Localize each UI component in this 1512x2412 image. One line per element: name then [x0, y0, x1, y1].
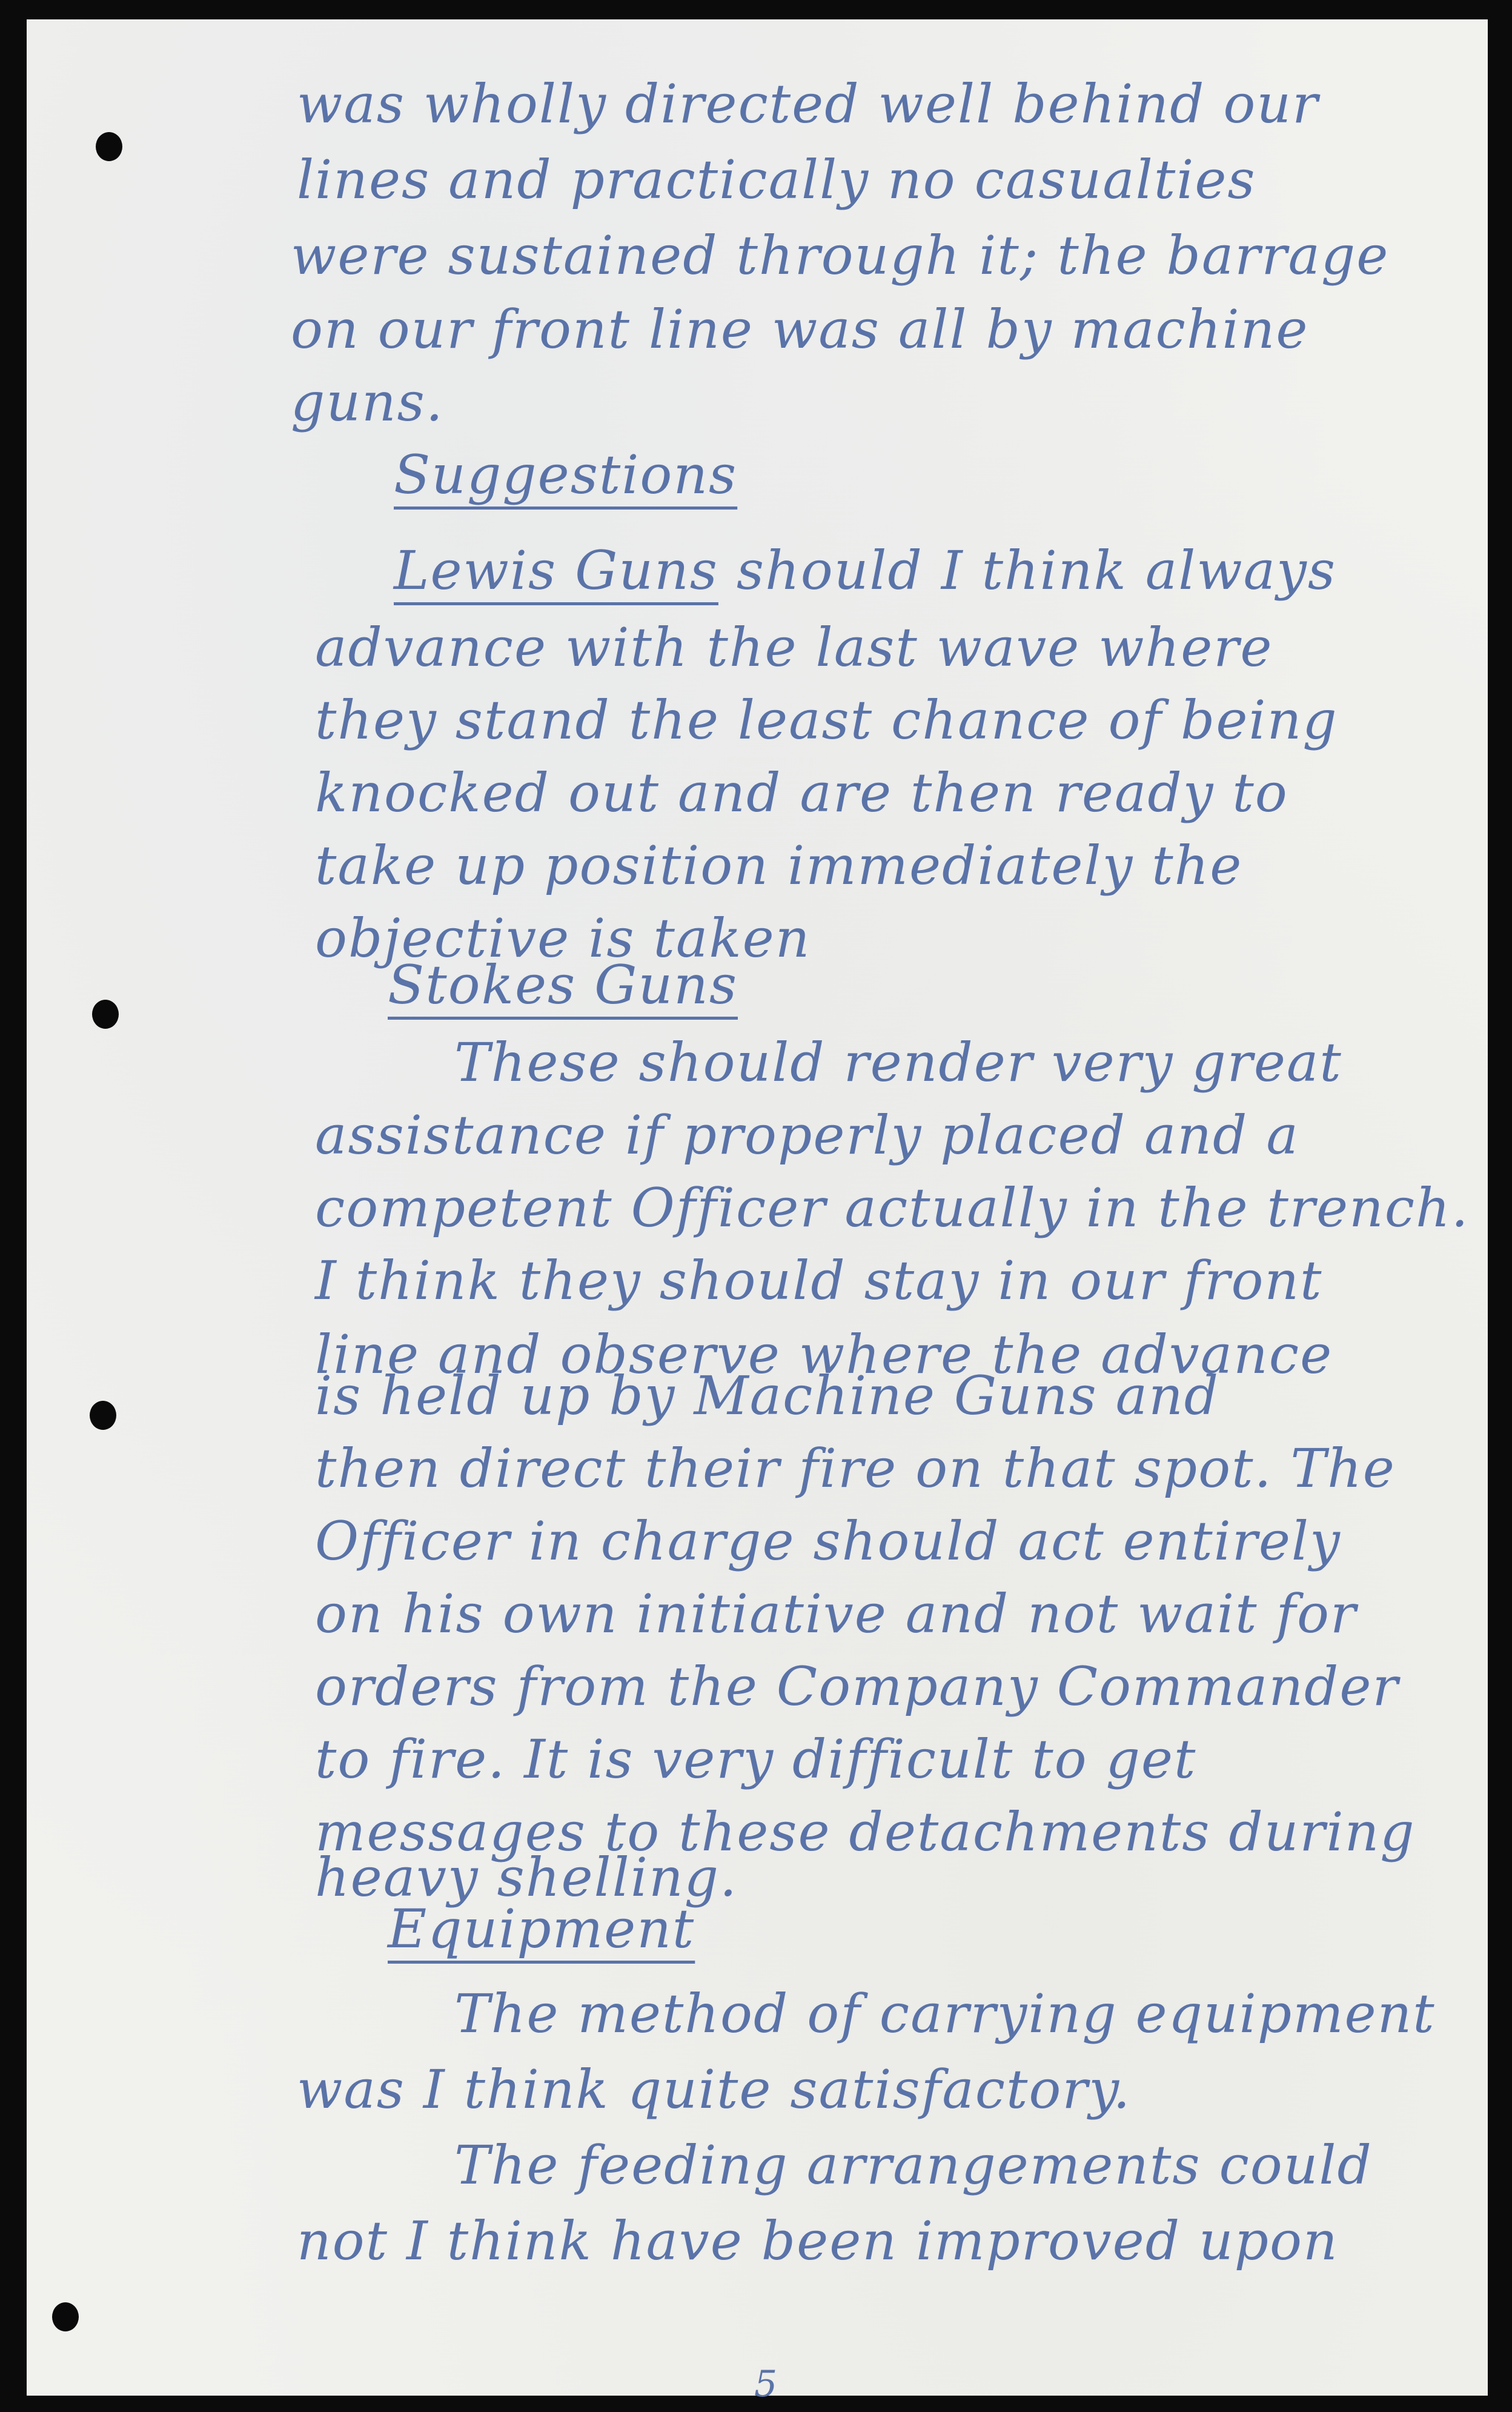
handwritten-line: I think they should stay in our front: [315, 1254, 1322, 1307]
handwritten-line: not I think have been improved upon: [297, 2214, 1339, 2268]
punch-hole: [92, 1000, 119, 1029]
handwritten-line: is held up by Machine Guns and: [315, 1369, 1219, 1423]
section-heading: Lewis Guns: [394, 539, 718, 602]
page-number: 5: [754, 2363, 777, 2405]
handwritten-line: were sustained through it; the barrage: [291, 229, 1389, 282]
section-heading: Suggestions: [394, 448, 737, 502]
handwritten-line: competent Officer actually in the trench…: [315, 1181, 1470, 1235]
handwritten-line: knocked out and are then ready to: [315, 766, 1288, 820]
section-heading: Equipment: [388, 1902, 695, 1956]
handwritten-line: guns.: [291, 376, 444, 429]
handwritten-line: orders from the Company Commander: [315, 1660, 1399, 1713]
handwritten-line: was wholly directed well behind our: [297, 78, 1319, 131]
handwritten-line: The feeding arrangements could: [454, 2139, 1373, 2192]
handwritten-line: The method of carrying equipment: [454, 1987, 1436, 2041]
handwritten-line: These should render very great: [454, 1036, 1342, 1089]
handwritten-line: Lewis Guns should I think always: [394, 544, 1336, 597]
handwritten-line: lines and practically no casualties: [297, 153, 1256, 207]
handwritten-line: on our front line was all by machine: [291, 303, 1308, 356]
handwritten-line: then direct their fire on that spot. The: [315, 1442, 1396, 1495]
punch-hole: [90, 1401, 116, 1430]
handwritten-text: should I think always: [718, 539, 1336, 602]
handwritten-line: they stand the least chance of being: [315, 694, 1338, 747]
handwritten-line: Officer in charge should act entirely: [315, 1515, 1341, 1568]
punch-hole: [96, 132, 122, 161]
section-heading: Stokes Guns: [388, 958, 738, 1012]
handwritten-line: was I think quite satisfactory.: [297, 2063, 1131, 2116]
handwritten-line: take up position immediately the: [315, 839, 1242, 892]
handwritten-line: assistance if properly placed and a: [315, 1109, 1299, 1162]
handwritten-line: to fire. It is very difficult to get: [315, 1733, 1196, 1786]
punch-hole: [52, 2302, 79, 2331]
handwritten-line: on his own initiative and not wait for: [315, 1587, 1357, 1641]
handwritten-line: advance with the last wave where: [315, 621, 1273, 674]
handwritten-line: heavy shelling.: [315, 1851, 738, 1904]
